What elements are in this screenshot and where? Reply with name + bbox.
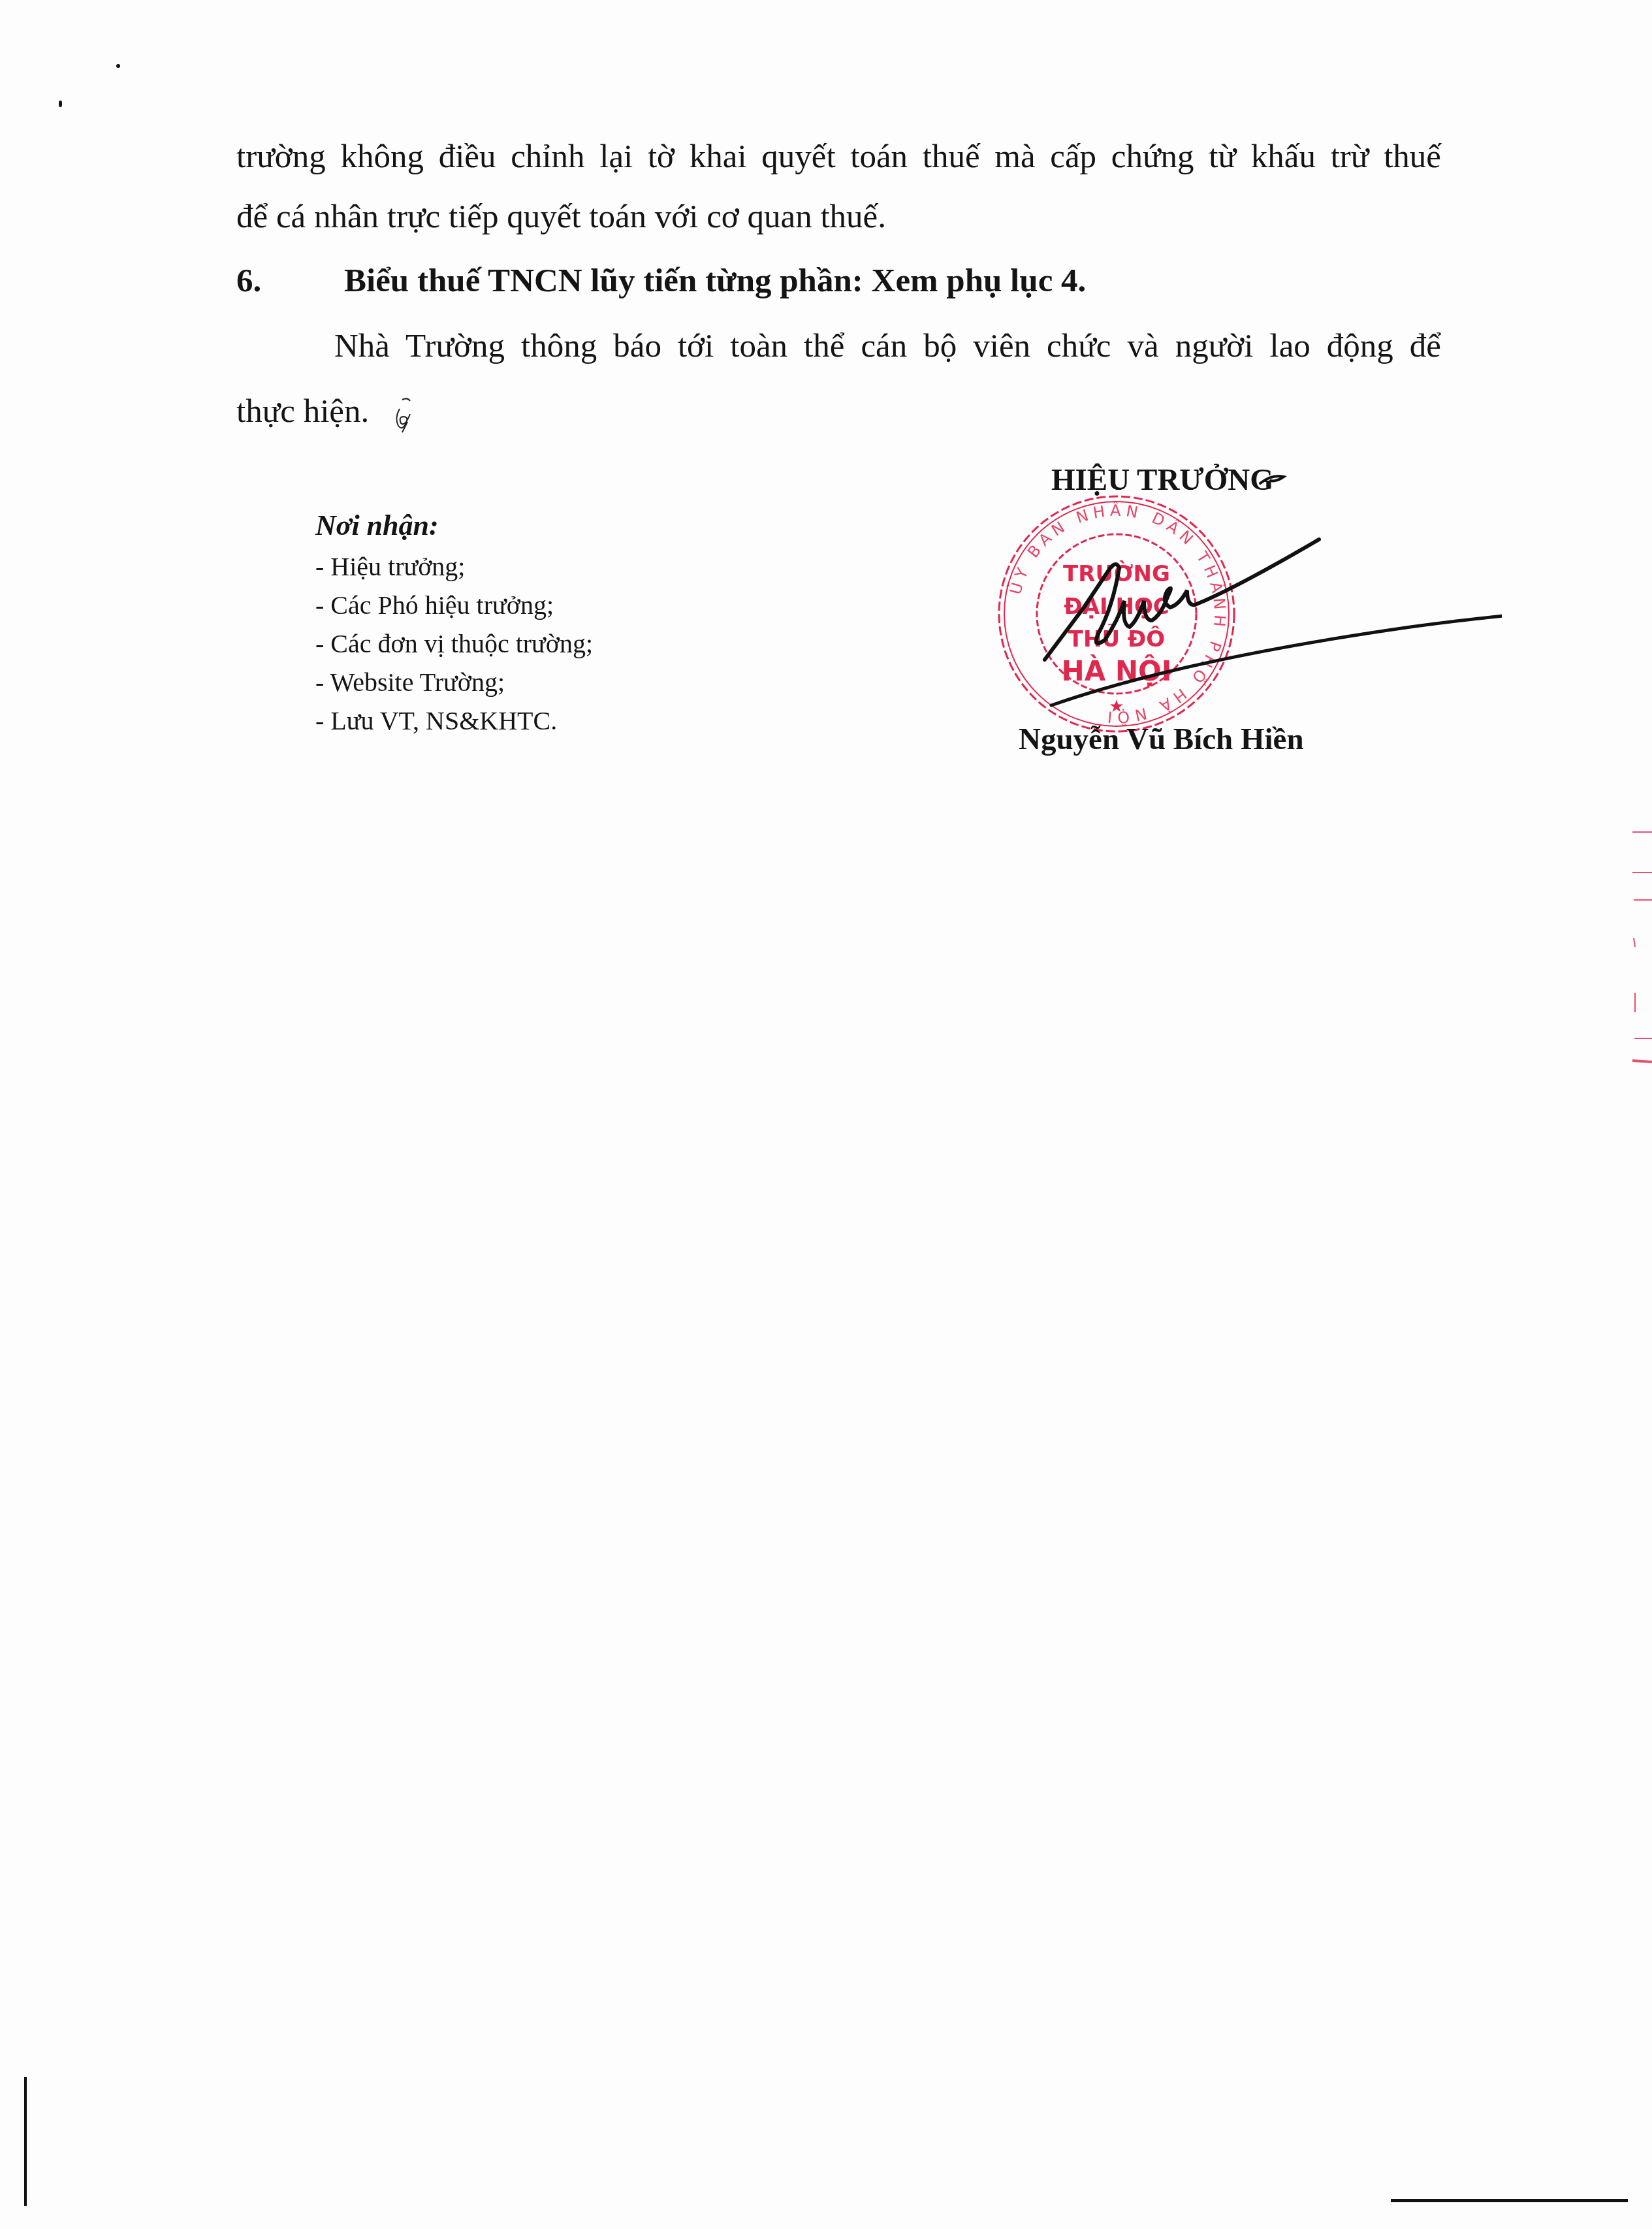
closing-line-text: thực hiện. [236,393,369,430]
paragraph-line: để cá nhân trực tiếp quyết toán với cơ q… [236,184,1441,249]
scan-edge-line [24,2077,27,2206]
recipient-item: - Các Phó hiệu trưởng; [315,586,593,624]
recipient-item: - Các đơn vị thuộc trường; [315,624,593,663]
recipients-list: - Hiệu trưởng; - Các Phó hiệu trưởng; - … [315,547,593,740]
recipients-header: Nơi nhận: [315,504,593,547]
recipient-item: - Lưu VT, NS&KHTC. [315,701,593,740]
scan-dot [59,101,62,107]
scan-edge-line [1391,2199,1628,2202]
closing-line: Nhà Trường thông báo tới toàn thể cán bộ… [236,313,1441,379]
signature-block: ỦY BAN NHÂN DÂN THÀNH PHỐ HÀ NỘI TRƯỜNG … [979,457,1502,771]
paragraph-continuation: trường không điều chỉnh lại tờ khai quyế… [236,124,1441,249]
closing-line: thực hiện. [236,379,1441,444]
edge-seal-stamp-icon [1626,823,1652,1071]
scan-dot [116,64,120,68]
closing-paragraph: Nhà Trường thông báo tới toàn thể cán bộ… [236,313,1441,444]
paragraph-line: trường không điều chỉnh lại tờ khai quyế… [236,124,1441,189]
section-title: Biểu thuế TNCN lũy tiến từng phần: Xem p… [344,263,1086,299]
section-6-heading: 6.Biểu thuế TNCN lũy tiến từng phần: Xem… [236,255,1086,307]
recipients-block: Nơi nhận: - Hiệu trưởng; - Các Phó hiệu … [315,504,593,740]
section-number: 6. [236,255,344,307]
signer-name: Nguyễn Vũ Bích Hiền [1019,722,1304,757]
recipient-item: - Hiệu trưởng; [315,547,593,586]
recipient-item: - Website Trường; [315,663,593,701]
handwritten-initials-icon [388,394,427,434]
document-page: trường không điều chỉnh lại tờ khai quyế… [0,0,1652,2229]
